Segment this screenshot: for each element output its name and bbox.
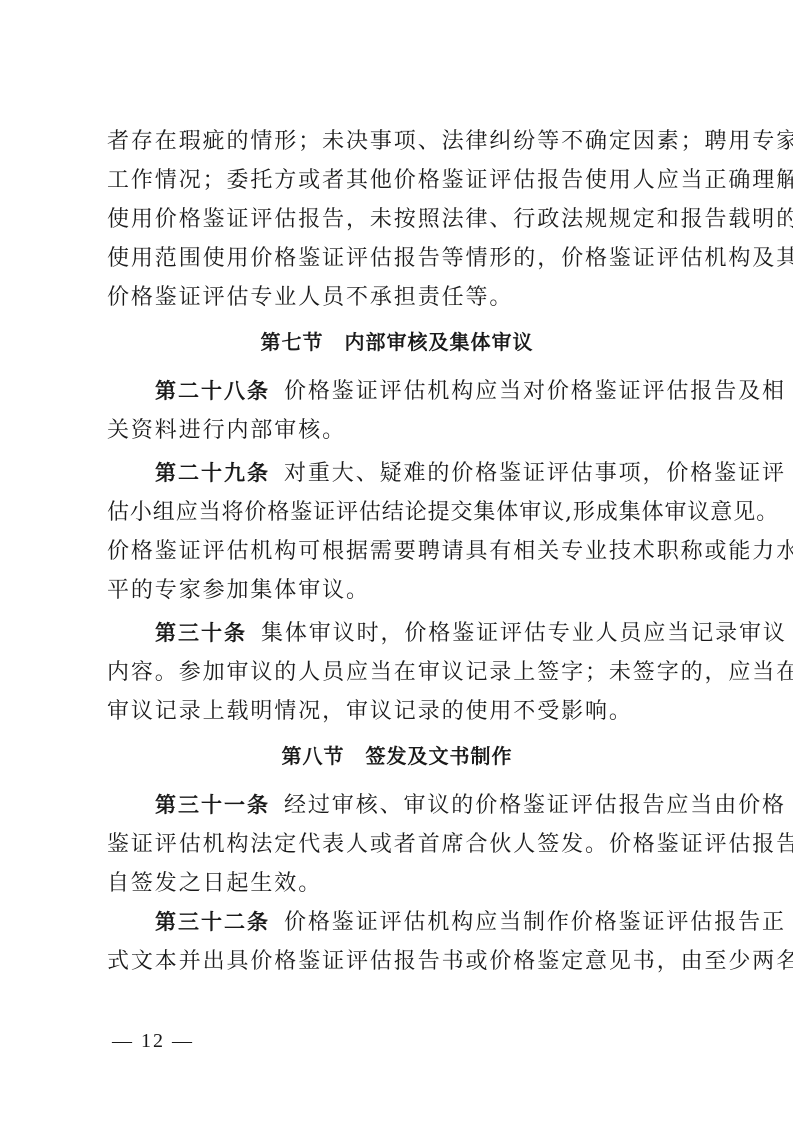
article-label: 第三十一条 xyxy=(155,793,270,817)
document-page: 者存在瑕疵的情形；未决事项、法律纠纷等不确定因素；聘用专家 工作情况；委托方或者… xyxy=(107,122,687,981)
article-30: 第三十条集体审议时，价格鉴证评估专业人员应当记录审议 xyxy=(107,614,687,653)
paragraph-line: 使用范围使用价格鉴证评估报告等情形的，价格鉴证评估机构及其 xyxy=(107,239,687,278)
section-heading-7: 第七节 内部审核及集体审议 xyxy=(107,317,687,372)
article-31: 第三十一条经过审核、审议的价格鉴证评估报告应当由价格 xyxy=(107,786,687,825)
article-label: 第三十二条 xyxy=(155,910,270,934)
paragraph-line: 使用价格鉴证评估报告，未按照法律、行政法规规定和报告载明的 xyxy=(107,200,687,239)
page-number: — 12 — xyxy=(112,1030,194,1053)
article-label: 第三十条 xyxy=(155,621,247,645)
paragraph-line: 审议记录上载明情况，审议记录的使用不受影响。 xyxy=(107,692,687,731)
paragraph-line: 价格鉴证评估专业人员不承担责任等。 xyxy=(107,278,687,317)
paragraph-line: 自签发之日起生效。 xyxy=(107,864,687,903)
article-text: 经过审核、审议的价格鉴证评估报告应当由价格 xyxy=(284,793,786,818)
article-label: 第二十八条 xyxy=(155,379,270,403)
paragraph-line: 者存在瑕疵的情形；未决事项、法律纠纷等不确定因素；聘用专家 xyxy=(107,122,687,161)
section-heading-8: 第八节 签发及文书制作 xyxy=(107,731,687,786)
paragraph-line: 价格鉴证评估机构可根据需要聘请具有相关专业技术职称或能力水 xyxy=(107,532,687,571)
article-label: 第二十九条 xyxy=(155,461,270,485)
paragraph-line: 鉴证评估机构法定代表人或者首席合伙人签发。价格鉴证评估报告 xyxy=(107,825,687,864)
paragraph-line: 估小组应当将价格鉴证评估结论提交集体审议,形成集体审议意见。 xyxy=(107,493,687,532)
paragraph-line: 内容。参加审议的人员应当在审议记录上签字；未签字的，应当在 xyxy=(107,653,687,692)
paragraph-line: 式文本并出具价格鉴证评估报告书或价格鉴定意见书，由至少两名 xyxy=(107,942,687,981)
article-28: 第二十八条价格鉴证评估机构应当对价格鉴证评估报告及相 xyxy=(107,372,687,411)
paragraph-line: 平的专家参加集体审议。 xyxy=(107,571,687,610)
article-text: 对重大、疑难的价格鉴证评估事项，价格鉴证评 xyxy=(284,461,786,486)
article-text: 集体审议时，价格鉴证评估专业人员应当记录审议 xyxy=(261,621,787,646)
article-29: 第二十九条对重大、疑难的价格鉴证评估事项，价格鉴证评 xyxy=(107,454,687,493)
article-text: 价格鉴证评估机构应当对价格鉴证评估报告及相 xyxy=(284,379,786,404)
paragraph-line: 工作情况；委托方或者其他价格鉴证评估报告使用人应当正确理解 xyxy=(107,161,687,200)
article-text: 价格鉴证评估机构应当制作价格鉴证评估报告正 xyxy=(284,910,786,935)
article-32: 第三十二条价格鉴证评估机构应当制作价格鉴证评估报告正 xyxy=(107,903,687,942)
paragraph-line: 关资料进行内部审核。 xyxy=(107,411,687,450)
